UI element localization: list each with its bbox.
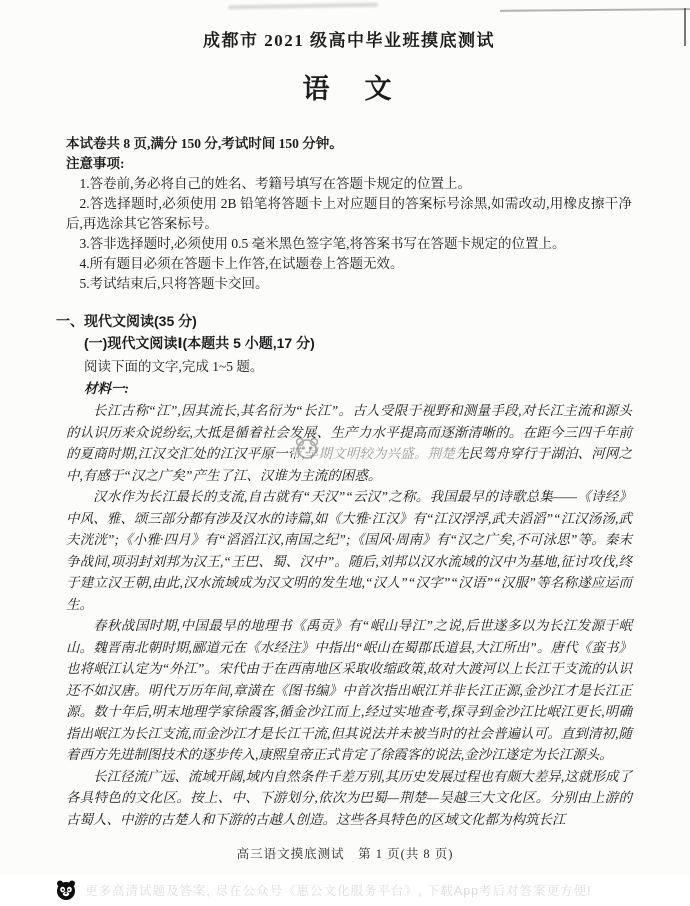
- section-heading: 一、现代文阅读(35 分): [56, 310, 632, 332]
- promo-text: 更多高清试题及答案, 尽在公众号《惠公文化服务平台》, 下载App考后对答案更方…: [85, 881, 592, 899]
- reading-instruction: 阅读下面的文字,完成 1~5 题。: [66, 355, 632, 378]
- page-content: 成都市 2021 级高中毕业班摸底测试 语 文 本试卷共 8 页,满分 150 …: [0, 0, 690, 830]
- material-one-label: 材料一:: [66, 378, 632, 400]
- notice-item-3: 3.答非选择题时,必须使用 0.5 毫米黑色签字笔,将答案书写在答题卡规定的位置…: [66, 234, 632, 254]
- exam-info-line: 本试卷共 8 页,满分 150 分,考试时间 150 分钟。: [66, 134, 632, 154]
- footer-page-label: 高三语文摸底测试 第 1 页(共 8 页): [0, 844, 690, 862]
- notice-heading: 注意事项:: [66, 154, 632, 174]
- material-paragraph-1: 长江古称“江”,因其流长,其名衍为“长江”。古人受限于视野和测量手段,对长江主流…: [66, 400, 632, 486]
- notice-item-5: 5.考试结束后,只将答题卡交回。: [66, 274, 632, 294]
- scan-right-edge-artifact: [684, 8, 686, 46]
- subject-title: 语 文: [66, 67, 632, 106]
- section-subheading: (一)现代文阅读Ⅰ(本题共 5 小题,17 分): [66, 332, 632, 355]
- material-paragraph-2: 汉水作为长江最长的支流,自古就有“天汉”“云汉”之称。我国最早的诗歌总集——《诗…: [66, 486, 632, 615]
- page-title: 成都市 2021 级高中毕业班摸底测试: [66, 26, 632, 51]
- promo-bar: 更多高清试题及答案, 尽在公众号《惠公文化服务平台》, 下载App考后对答案更方…: [0, 874, 690, 906]
- panda-logo-icon: [55, 879, 77, 901]
- notice-item-1: 1.答卷前,务必将自己的姓名、考籍号填写在答题卡规定的位置上。: [66, 174, 632, 194]
- material-paragraph-4: 长江径流广远、流域开阔,域内自然条件千差万别,其历史发展过程也有颇大差异,这就形…: [66, 766, 632, 831]
- material-paragraph-3: 春秋战国时期,中国最早的地理书《禹贡》有“岷山导江”之说,后世遂多以为长江发源于…: [66, 615, 632, 766]
- notice-item-2: 2.答选择题时,必须使用 2B 铅笔将答题卡上对应题目的答案标号涂黑,如需改动,…: [56, 194, 632, 234]
- scanned-exam-page: 成都市 2021 级高中毕业班摸底测试 语 文 本试卷共 8 页,满分 150 …: [0, 0, 690, 906]
- notice-item-4: 4.所有题目必须在答题卡上作答,在试题卷上答题无效。: [66, 254, 632, 274]
